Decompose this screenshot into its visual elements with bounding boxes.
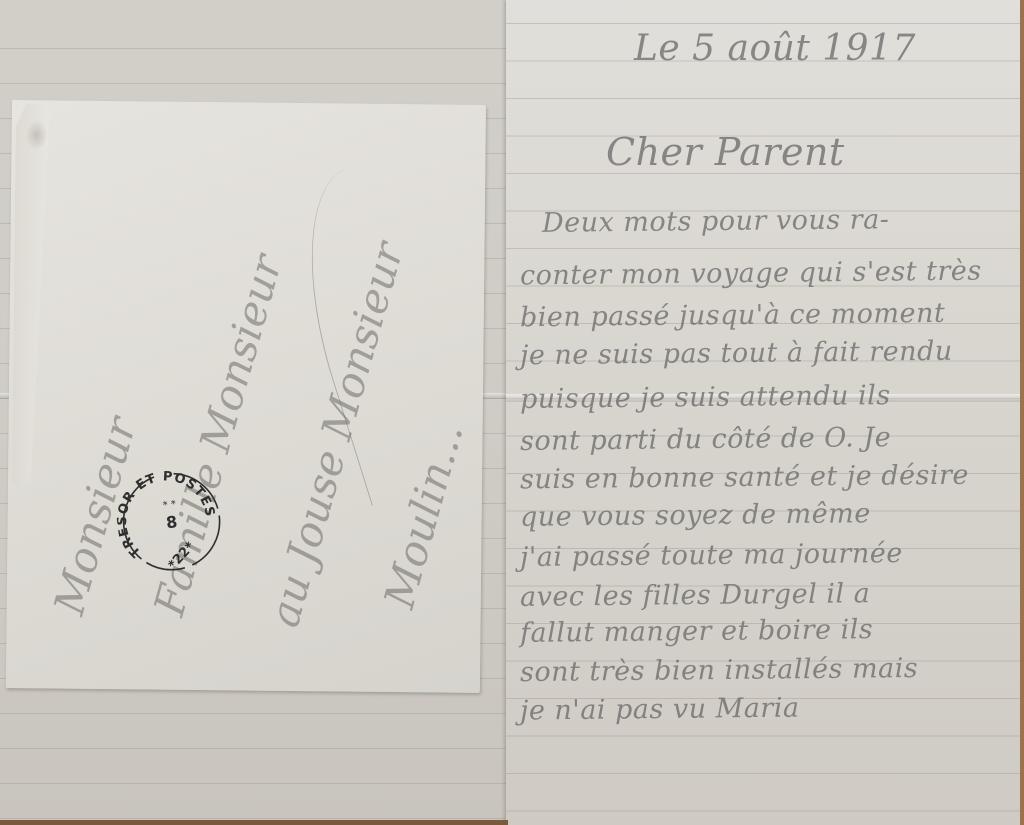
letter-page: Le 5 août 1917 Cher Parent Deux mots pou… [506, 0, 1021, 825]
postmark-stars: * * [162, 499, 176, 512]
table-edge-bottom [0, 820, 508, 825]
letter-line: sont parti du côté de O. Je [520, 422, 892, 457]
letter-line: je n'ai pas vu Maria [520, 693, 800, 727]
postmark-day: 8 [165, 512, 178, 532]
letter-line: Deux mots pour vous ra- [542, 204, 890, 239]
postmark-bottom-code: *22* [166, 539, 199, 573]
postmark-stamp-icon: TRESOR ET POSTES 8 * * *22* [111, 461, 232, 582]
letter-line: que vous soyez de même [520, 498, 871, 533]
letter-line: fallut manger et boire ils [520, 614, 874, 649]
envelope: Monsieur Famille Monsieur au Jouse Monsi… [6, 100, 486, 693]
letter-line: puisque je suis attendu ils [520, 380, 891, 415]
letter-line: bien passé jusqu'à ce moment [520, 298, 946, 333]
table-edge-right [1020, 0, 1024, 825]
envelope-torn-flap [12, 104, 50, 484]
letter-line: sont très bien installés mais [520, 653, 918, 688]
photo-scene: Monsieur Famille Monsieur au Jouse Monsi… [0, 0, 1024, 825]
letter-line: je ne suis pas tout à fait rendu [520, 336, 953, 372]
envelope-stain [25, 120, 47, 150]
letter-line: avec les filles Durgel il a [520, 578, 871, 613]
letter-date: Le 5 août 1917 [634, 28, 916, 69]
letter-line: conter mon voyage qui s'est très [520, 256, 982, 292]
letter-line: suis en bonne santé et je désire [520, 460, 969, 496]
letter-line: j'ai passé toute ma journée [520, 538, 903, 573]
letter-greeting: Cher Parent [606, 130, 845, 174]
